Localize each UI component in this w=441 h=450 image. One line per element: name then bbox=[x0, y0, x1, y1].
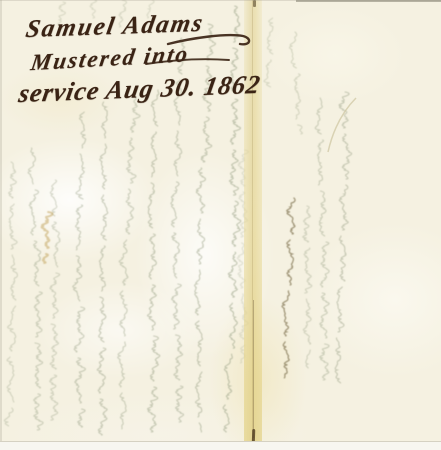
scan-edge-bottom bbox=[0, 441, 441, 450]
scan-edge-top-right bbox=[296, 0, 441, 2]
scan-edge-left bbox=[0, 0, 2, 450]
manuscript-page: Samuel Adams Mustered into service Aug 3… bbox=[0, 0, 441, 450]
